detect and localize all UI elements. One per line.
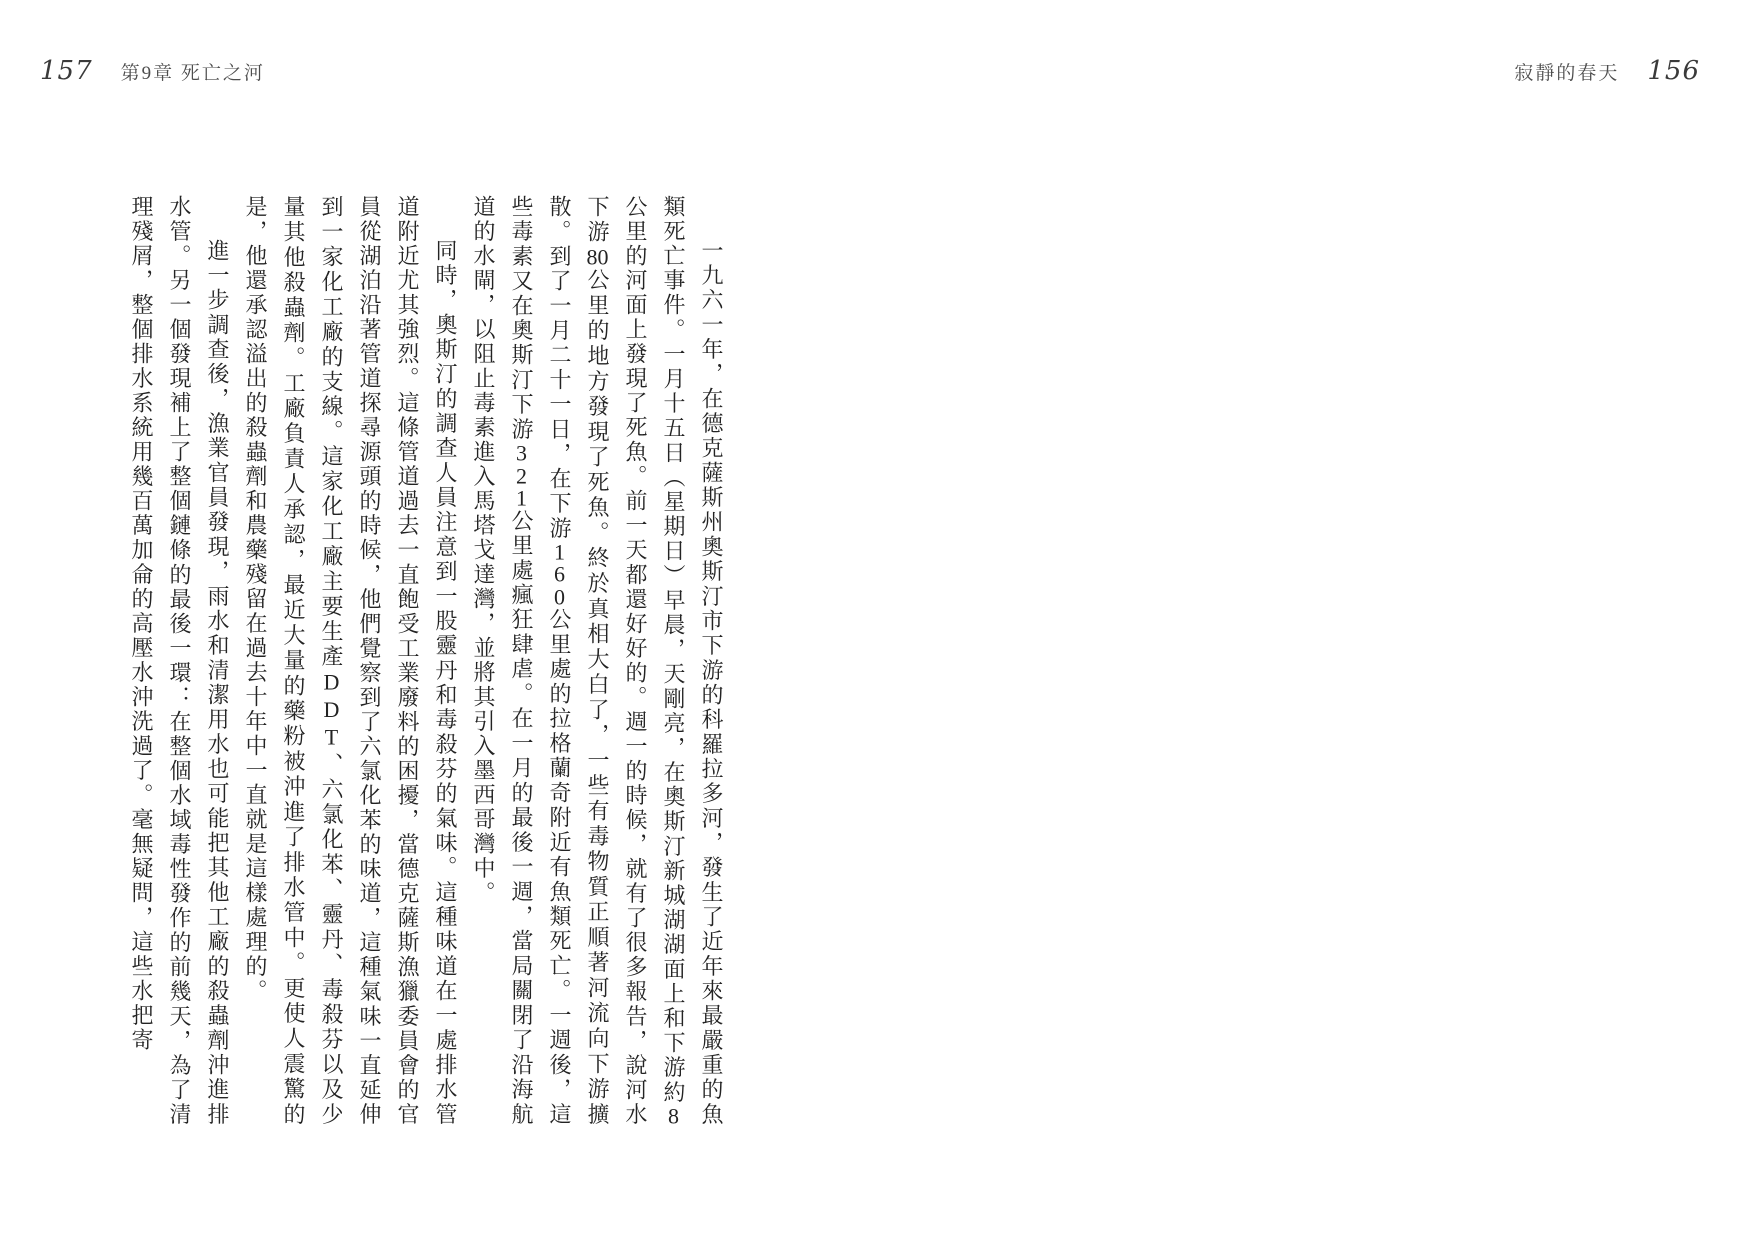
chapter-title: 第9章 死亡之河 bbox=[121, 58, 265, 85]
paragraph: 一九六一年，在德克薩斯州奧斯汀市下游的科羅拉多河，發生了近年來最嚴重的魚類死亡事… bbox=[464, 195, 730, 1127]
book-title: 寂靜的春天 bbox=[1514, 58, 1619, 85]
stacked-digit: 1 bbox=[509, 487, 534, 509]
stacked-digit: 2 bbox=[509, 465, 534, 487]
page-number-right: 156 bbox=[1647, 56, 1700, 86]
horizontal-number: 80 bbox=[585, 246, 610, 269]
running-head-left: 157 第9章 死亡之河 bbox=[40, 56, 265, 86]
horizontal-number: 8 bbox=[661, 1105, 686, 1127]
stacked-digit: 6 bbox=[547, 563, 572, 585]
running-head-right: 寂靜的春天 156 bbox=[1514, 56, 1700, 86]
text-block-left: 一九六一年，在德克薩斯州奧斯汀市下游的科羅拉多河，發生了近年來最嚴重的魚類死亡事… bbox=[116, 195, 730, 1127]
upright-latin: DDT bbox=[319, 670, 344, 753]
paragraph: 進一步調查後，漁業官員發現，雨水和清潔用水也可能把其他工廠的殺蟲劑沖進排水管。另… bbox=[122, 195, 236, 1127]
stacked-digit: 0 bbox=[547, 586, 572, 608]
stacked-digit: 1 bbox=[547, 541, 572, 563]
paragraph: 同時，奧斯汀的調查人員注意到一股靈丹和毒殺芬的氣味。這種味道在一處排水管道附近尤… bbox=[236, 195, 464, 1127]
right-page: 寂靜的春天 156 顯然，現在的狀況比起殺蟲劑開始投入使用時，沒有任何起色。奧克… bbox=[875, 0, 1749, 1241]
page-number-left: 157 bbox=[40, 56, 93, 86]
stacked-digit: 3 bbox=[509, 442, 534, 464]
left-page: 157 第9章 死亡之河 一九六一年，在德克薩斯州奧斯汀市下游的科羅拉多河，發生… bbox=[0, 0, 874, 1241]
